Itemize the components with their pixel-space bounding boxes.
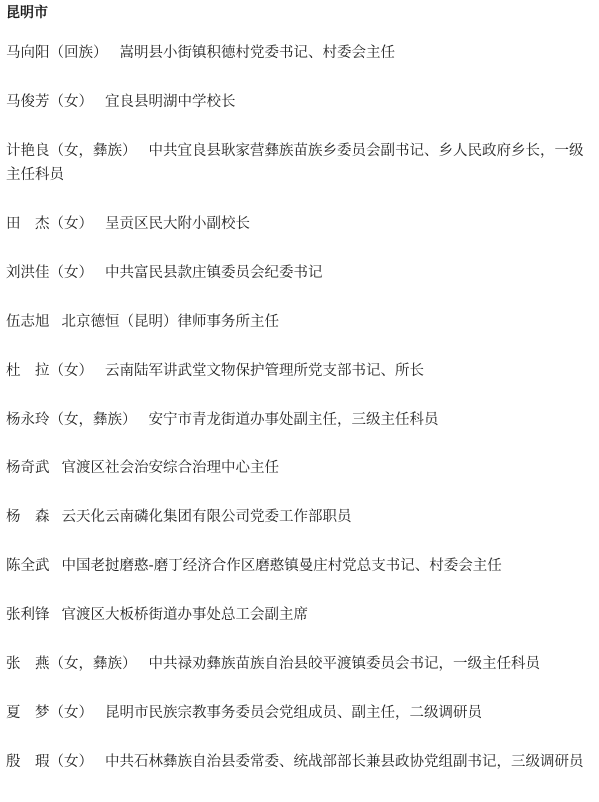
person-name: 陈全武 xyxy=(6,558,50,574)
person-position: 嵩明县小街镇积德村党委书记、村委会主任 xyxy=(120,45,396,61)
person-name: 田 杰（女） xyxy=(6,216,93,232)
list-item: 伍志旭北京德恒（昆明）律师事务所主任 xyxy=(6,310,593,334)
person-position: 官渡区大板桥街道办事处总工会副主席 xyxy=(62,607,309,623)
person-name: 伍志旭 xyxy=(6,314,50,330)
list-item: 计艳良（女，彝族）中共宜良县耿家营彝族苗族乡委员会副书记、乡人民政府乡长，一级主… xyxy=(6,139,593,187)
person-name: 马向阳（回族） xyxy=(6,45,108,61)
list-item: 马向阳（回族）嵩明县小街镇积德村党委书记、村委会主任 xyxy=(6,41,593,65)
person-position: 宜良县明湖中学校长 xyxy=(105,94,236,110)
list-item: 刘洪佳（女）中共富民县款庄镇委员会纪委书记 xyxy=(6,261,593,285)
person-name: 杨奇武 xyxy=(6,460,50,476)
person-position: 昆明市民族宗教事务委员会党组成员、副主任，二级调研员 xyxy=(105,705,482,721)
person-position: 官渡区社会治安综合治理中心主任 xyxy=(62,460,280,476)
person-position: 呈贡区民大附小副校长 xyxy=(105,216,250,232)
list-item: 杜 拉（女）云南陆军讲武堂文物保护管理所党支部书记、所长 xyxy=(6,359,593,383)
person-name: 张利锋 xyxy=(6,607,50,623)
person-position: 云南陆军讲武堂文物保护管理所党支部书记、所长 xyxy=(105,363,424,379)
person-name: 殷 瑕（女） xyxy=(6,754,93,770)
person-name: 杨永玲（女，彝族） xyxy=(6,412,137,428)
person-position: 云天化云南磷化集团有限公司党委工作部职员 xyxy=(62,509,352,525)
list-item: 田 杰（女）呈贡区民大附小副校长 xyxy=(6,212,593,236)
list-item: 陈全武中国老挝磨憨-磨丁经济合作区磨憨镇曼庄村党总支书记、村委会主任 xyxy=(6,554,593,578)
list-item: 张利锋官渡区大板桥街道办事处总工会副主席 xyxy=(6,603,593,627)
person-name: 刘洪佳（女） xyxy=(6,265,93,281)
person-name: 夏 梦（女） xyxy=(6,705,93,721)
person-position: 中共富民县款庄镇委员会纪委书记 xyxy=(105,265,323,281)
person-position: 中国老挝磨憨-磨丁经济合作区磨憨镇曼庄村党总支书记、村委会主任 xyxy=(62,558,502,574)
person-position: 中共禄劝彝族苗族自治县皎平渡镇委员会书记，一级主任科员 xyxy=(149,656,541,672)
person-name: 马俊芳（女） xyxy=(6,94,93,110)
person-name: 杨 森 xyxy=(6,509,50,525)
list-item: 杨奇武官渡区社会治安综合治理中心主任 xyxy=(6,456,593,480)
person-position: 北京德恒（昆明）律师事务所主任 xyxy=(62,314,280,330)
person-position: 安宁市青龙街道办事处副主任，三级主任科员 xyxy=(149,412,439,428)
person-position: 中共石林彝族自治县委常委、统战部部长兼县政协党组副书记，三级调研员 xyxy=(105,754,584,770)
list-item: 殷 瑕（女）中共石林彝族自治县委常委、统战部部长兼县政协党组副书记，三级调研员 xyxy=(6,750,593,774)
person-name: 张 燕（女，彝族） xyxy=(6,656,137,672)
list-item: 夏 梦（女）昆明市民族宗教事务委员会党组成员、副主任，二级调研员 xyxy=(6,701,593,725)
list-item: 杨 森云天化云南磷化集团有限公司党委工作部职员 xyxy=(6,505,593,529)
city-heading: 昆明市 xyxy=(6,3,48,23)
person-name: 杜 拉（女） xyxy=(6,363,93,379)
list-item: 张 燕（女，彝族）中共禄劝彝族苗族自治县皎平渡镇委员会书记，一级主任科员 xyxy=(6,652,593,676)
list-item: 杨永玲（女，彝族）安宁市青龙街道办事处副主任，三级主任科员 xyxy=(6,408,593,432)
person-name: 计艳良（女，彝族） xyxy=(6,143,137,159)
list-item: 马俊芳（女）宜良县明湖中学校长 xyxy=(6,90,593,114)
